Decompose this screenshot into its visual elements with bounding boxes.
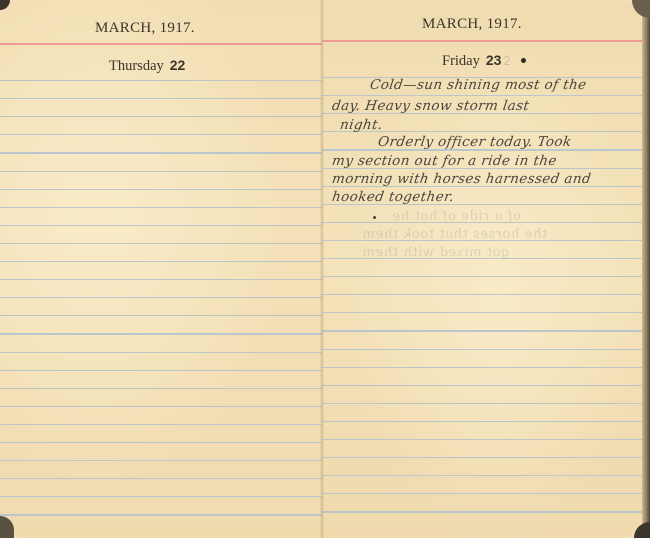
bleed-through-line: got mixed with them: [361, 246, 510, 259]
ruled-line: [322, 294, 642, 295]
ruled-line: [322, 475, 642, 476]
right-page: MARCH, 1917. Friday232 of a ride of hat …: [322, 0, 642, 538]
bleed-through-line: of a ride of hat he: [391, 210, 522, 223]
day-name: Thursday: [109, 58, 164, 74]
ruled-line: [0, 514, 322, 515]
ruled-line: [322, 330, 642, 331]
ruled-line: [322, 312, 642, 313]
ruled-line: [0, 225, 322, 226]
ruled-line: [0, 460, 322, 461]
ruled-line: [322, 403, 642, 404]
left-day-header: Thursday22: [109, 57, 185, 75]
ruled-line: [0, 315, 322, 316]
entry-line: hooked together.: [331, 191, 455, 205]
page-spine: [320, 0, 324, 538]
entry-line: Orderly officer today. Took: [377, 136, 572, 150]
right-month-header: MARCH, 1917.: [422, 16, 522, 33]
entry-line: day. Heavy snow storm last: [331, 100, 530, 114]
ruled-line: [0, 243, 322, 244]
ruled-line: [0, 279, 322, 280]
day-number: 22: [170, 57, 186, 73]
ruled-line: [0, 116, 322, 117]
entry-line: Cold—sun shining most of the: [369, 79, 587, 93]
ruled-line: [322, 511, 642, 512]
ruled-line: [0, 370, 322, 371]
entry-line: night.: [339, 119, 383, 133]
entry-line: my section out for a ride in the: [331, 155, 558, 169]
right-day-header: Friday232: [442, 52, 526, 70]
ruled-line: [322, 95, 642, 96]
ruled-line: [322, 493, 642, 494]
ruled-line: [322, 367, 642, 368]
ruled-line: [0, 352, 322, 353]
ruled-line: [0, 152, 322, 153]
ruled-line: [322, 276, 642, 277]
header-red-rule: [322, 40, 642, 42]
bleed-through-digit: 2: [503, 53, 510, 68]
ruled-line: [0, 171, 322, 172]
book-edge: [642, 0, 650, 538]
ruled-line: [0, 297, 322, 298]
entry-line: morning with horses harnessed and: [331, 173, 592, 187]
diary-spread: MARCH, 1917. Thursday22 MARCH, 1917. Fri…: [0, 0, 650, 538]
left-page: MARCH, 1917. Thursday22: [0, 0, 322, 538]
ruled-line: [322, 349, 642, 350]
left-month-header: MARCH, 1917.: [95, 20, 195, 37]
ruled-line: [0, 388, 322, 389]
ruled-line: [0, 406, 322, 407]
day-number: 23: [486, 52, 502, 68]
month-year-text: MARCH, 1917.: [422, 16, 522, 32]
ruled-line: [322, 421, 642, 422]
ruled-line: [322, 385, 642, 386]
ruled-line: [0, 261, 322, 262]
ruled-line: [322, 439, 642, 440]
ruled-line: [0, 333, 322, 334]
ruled-line: [0, 189, 322, 190]
bleed-through-line: the horses that took them: [361, 228, 548, 241]
ruled-line: [0, 207, 322, 208]
month-year-text: MARCH, 1917.: [95, 20, 195, 36]
day-name: Friday: [442, 53, 480, 69]
ruled-line: [0, 478, 322, 479]
header-red-rule: [0, 43, 322, 45]
ruled-line: [0, 442, 322, 443]
day-marker-dot-icon: [521, 58, 526, 63]
ruled-line: [0, 134, 322, 135]
ruled-line: [0, 98, 322, 99]
ruled-line: [0, 496, 322, 497]
ruled-line: [322, 457, 642, 458]
ruled-line: [0, 424, 322, 425]
ruled-line: [0, 80, 322, 81]
pencil-mark: [373, 216, 376, 219]
